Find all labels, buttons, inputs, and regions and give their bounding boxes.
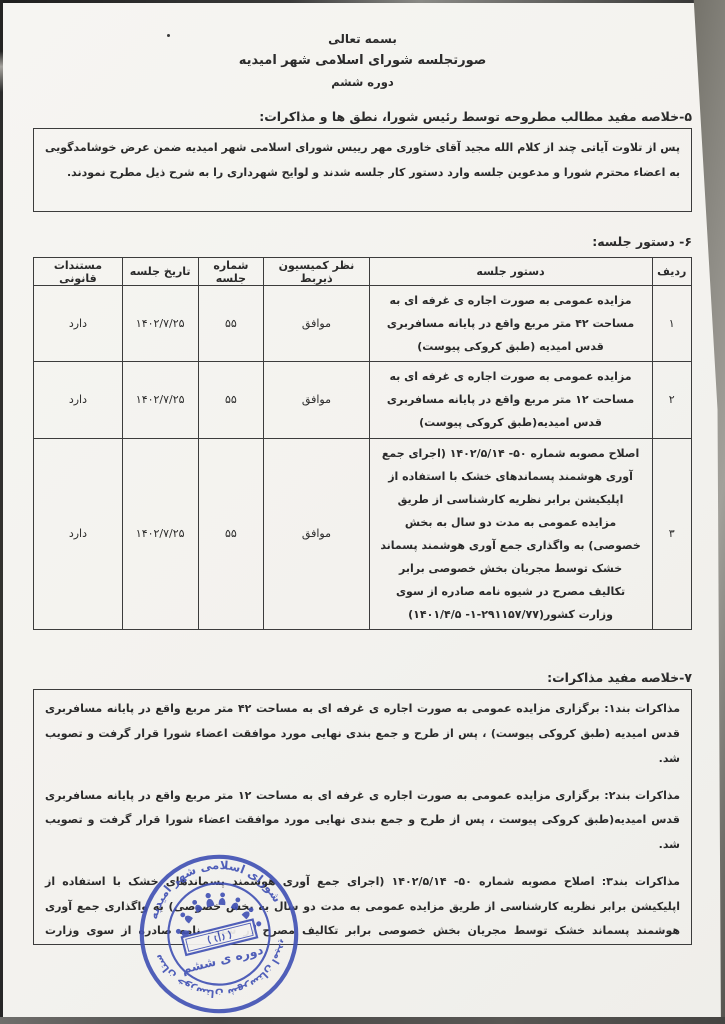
agenda-cell: مزایده عمومی به صورت اجاره ی غرفه ای به …	[369, 362, 652, 438]
col-header-agenda: دستور جلسه	[369, 258, 652, 286]
legal-docs-cell: دارد	[34, 438, 123, 630]
section7-heading: ۷-خلاصه مفید مذاکرات:	[33, 670, 692, 685]
opinion-cell: موافق	[264, 438, 369, 630]
row-index-cell: ۱	[652, 286, 691, 362]
session-date-cell: ۱۴۰۲/۷/۲۵	[122, 286, 198, 362]
negotiation-item-1: مذاکرات بند۱: برگزاری مزایده عمومی به صو…	[45, 697, 680, 771]
legal-docs-cell: دارد	[34, 286, 123, 362]
document-header: بسمه تعالی صورتجلسه شورای اسلامی شهر امی…	[33, 32, 692, 89]
negotiation-item-2: مذاکرات بند۲: برگزاری مزایده عمومی به صو…	[45, 784, 680, 858]
negotiation-item-3: مذاکرات بند۳: اصلاح مصوبه شماره ۵۰- ۱۴۰۲…	[45, 870, 680, 946]
scanned-document-page: بسمه تعالی صورتجلسه شورای اسلامی شهر امی…	[0, 0, 725, 1024]
session-date-cell: ۱۴۰۲/۷/۲۵	[122, 362, 198, 438]
legal-docs-cell: دارد	[34, 362, 123, 438]
table-header-row: ردیف دستور جلسه نظر کمیسیون ذیربط شماره …	[34, 258, 692, 286]
agenda-cell: مزایده عمومی به صورت اجاره ی غرفه ای به …	[369, 286, 652, 362]
document-content: بسمه تعالی صورتجلسه شورای اسلامی شهر امی…	[0, 0, 725, 1024]
col-header-commission-opinion: نظر کمیسیون ذیربط	[264, 258, 369, 286]
col-header-session-number: شماره جلسه	[198, 258, 264, 286]
col-header-session-date: تاریخ جلسه	[122, 258, 198, 286]
agenda-cell: اصلاح مصوبه شماره ۵۰- ۱۴۰۲/۵/۱۴ (اجرای ج…	[369, 438, 652, 630]
bismillah-text: بسمه تعالی	[33, 32, 692, 46]
row-index-cell: ۳	[652, 438, 691, 630]
section5-heading: ۵-خلاصه مفید مطالب مطروحه توسط رئیس شورا…	[33, 109, 692, 124]
page-title: صورتجلسه شورای اسلامی شهر امیدیه	[33, 53, 692, 68]
chairman-summary-box: پس از تلاوت آیاتی چند از کلام الله مجید …	[33, 128, 692, 212]
opinion-cell: موافق	[264, 286, 369, 362]
session-date-cell: ۱۴۰۲/۷/۲۵	[122, 438, 198, 630]
term-subtitle: دوره ششم	[33, 75, 692, 89]
session-number-cell: ۵۵	[198, 438, 264, 630]
session-number-cell: ۵۵	[198, 286, 264, 362]
section6-heading: ۶- دستور جلسه:	[33, 234, 692, 249]
row-index-cell: ۲	[652, 362, 691, 438]
col-header-index: ردیف	[652, 258, 691, 286]
table-row: ۲ مزایده عمومی به صورت اجاره ی غرفه ای ب…	[34, 362, 692, 438]
opinion-cell: موافق	[264, 362, 369, 438]
session-number-cell: ۵۵	[198, 362, 264, 438]
chairman-summary-text: پس از تلاوت آیاتی چند از کلام الله مجید …	[45, 136, 680, 186]
col-header-legal-docs: مستندات قانونی	[34, 258, 123, 286]
agenda-table: ردیف دستور جلسه نظر کمیسیون ذیربط شماره …	[33, 257, 692, 630]
table-row: ۱ مزایده عمومی به صورت اجاره ی غرفه ای ب…	[34, 286, 692, 362]
negotiations-summary-box: مذاکرات بند۱: برگزاری مزایده عمومی به صو…	[33, 689, 692, 945]
table-row: ۳ اصلاح مصوبه شماره ۵۰- ۱۴۰۲/۵/۱۴ (اجرای…	[34, 438, 692, 630]
